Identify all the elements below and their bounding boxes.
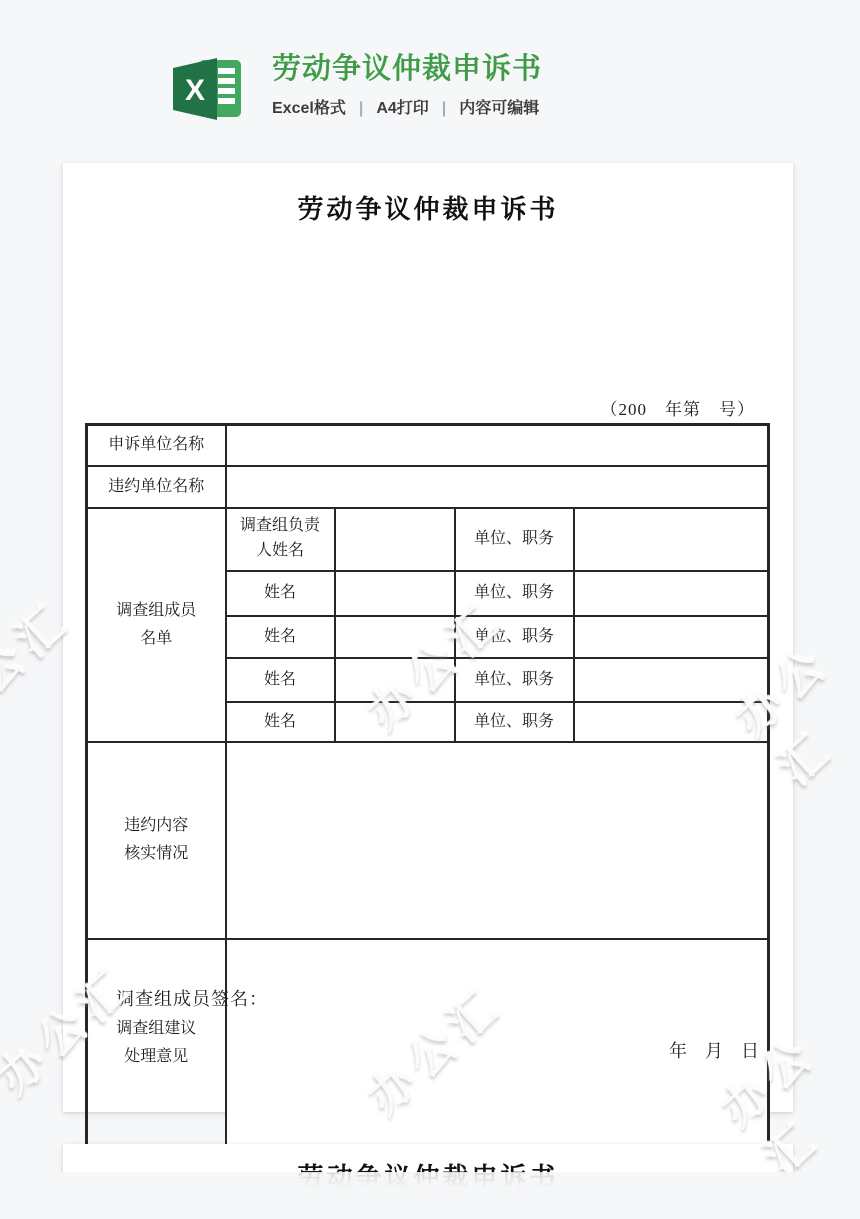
breach-unit-label: 违约单位名称 [87,466,226,508]
template-preview-screen: X 劳动争议仲裁申诉书 Excel格式 | A4打印 | 内容可编辑 劳动争议仲… [0,0,860,1219]
bottom-fade-overlay [0,1172,860,1219]
template-attributes: Excel格式 | A4打印 | 内容可编辑 [272,99,539,118]
leader-name-value-cell [335,508,455,571]
breach-unit-value-cell [226,466,769,508]
investigation-group-label: 调查组成员 名单 [87,508,226,742]
page-title: 劳动争议仲裁申诉书 [272,54,542,85]
table-row: 调查组成员 名单 调查组负责 人姓名 单位、职务 [87,508,769,571]
member-unit-value-cell [574,702,769,742]
member-unit-label: 单位、职务 [455,658,574,702]
document-title: 劳动争议仲裁申诉书 [63,163,793,226]
separator: | [442,99,446,118]
leader-unit-label: 单位、职务 [455,508,574,571]
date-line: 年 月 日 [85,1037,767,1063]
member-unit-value-cell [574,658,769,702]
signature-label: 调查组成员签名： [116,985,268,1011]
member-unit-label: 单位、职务 [455,702,574,742]
member-unit-value-cell [574,616,769,658]
breach-verification-value-cell [226,742,769,939]
member-name-label: 姓名 [226,571,335,616]
document-number: （200 年第 号） [85,395,767,420]
table-row: 违约内容 核实情况 [87,742,769,939]
appellant-name-value-cell [226,425,769,466]
leader-name-label: 调查组负责 人姓名 [226,508,335,571]
member-name-value-cell [335,702,455,742]
attr-format: Excel格式 [272,99,346,118]
appellant-name-label: 申诉单位名称 [87,425,226,466]
separator: | [359,99,363,118]
leader-unit-value-cell [574,508,769,571]
attr-print: A4打印 [376,99,428,118]
member-name-label: 姓名 [226,658,335,702]
member-unit-label: 单位、职务 [455,571,574,616]
member-name-label: 姓名 [226,702,335,742]
table-row: 违约单位名称 [87,466,769,508]
table-row: 申诉单位名称 [87,425,769,466]
member-name-value-cell [335,571,455,616]
member-name-value-cell [335,658,455,702]
breach-verification-label: 违约内容 核实情况 [87,742,226,939]
member-name-value-cell [335,616,455,658]
attr-editable: 内容可编辑 [459,99,539,118]
member-unit-value-cell [574,571,769,616]
member-unit-label: 单位、职务 [455,616,574,658]
document-page-1: 劳动争议仲裁申诉书 （200 年第 号） 申诉单位名称 违约单位名称 调查组成员… [63,163,793,1112]
member-name-label: 姓名 [226,616,335,658]
excel-icon: X [170,55,244,123]
svg-text:X: X [185,74,205,107]
